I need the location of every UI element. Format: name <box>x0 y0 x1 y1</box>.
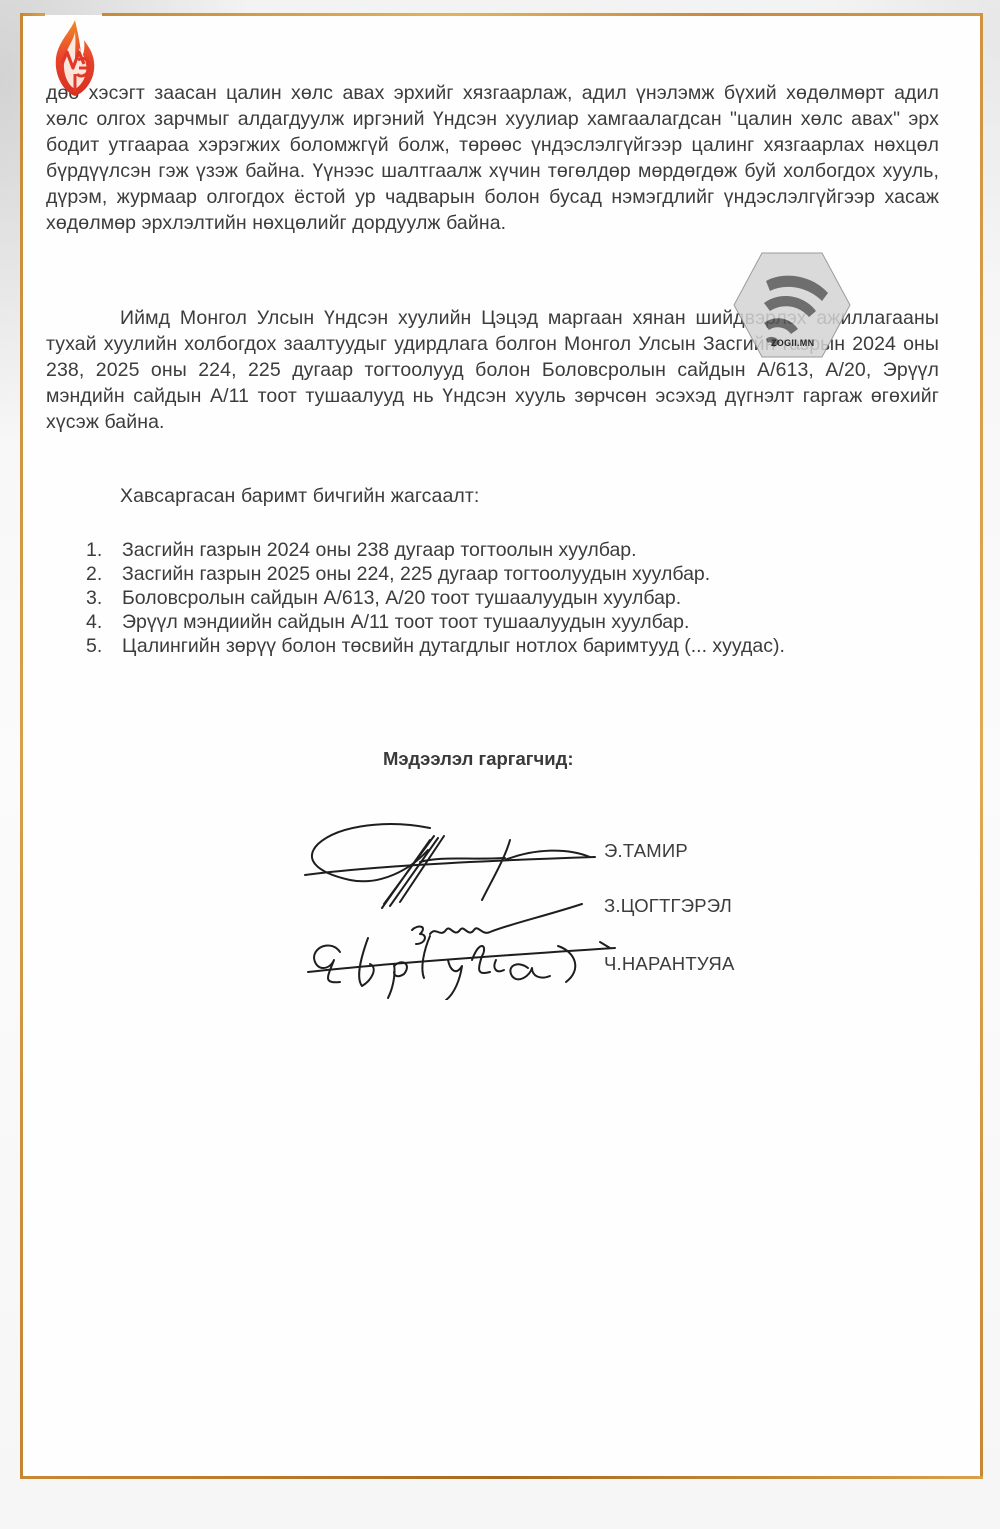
attachment-text: Эрүүл мэндиийн сайдын А/11 тоот тоот туш… <box>122 610 689 634</box>
attachment-text: Цалингийн зөрүү болон төсвийн дутагдлыг … <box>122 634 785 658</box>
gold-frame-bottom <box>20 1476 983 1479</box>
body-paragraph-1: дөө хэсэгт заасан цалин хөлс авах эрхийг… <box>46 80 939 236</box>
signer-name-3: Ч.НАРАНТУЯА <box>604 953 735 975</box>
flame-logo-icon <box>48 18 102 98</box>
attachment-text: Засгийн газрын 2024 оны 238 дугаар тогто… <box>122 538 637 562</box>
attachment-number: 2. <box>86 562 122 586</box>
gold-frame-right <box>980 13 983 1479</box>
signers-title: Мэдээлэл гаргагчид: <box>383 748 574 770</box>
attachment-item: 5. Цалингийн зөрүү болон төсвийн дутагдл… <box>86 634 785 658</box>
attachment-item: 1. Засгийн газрын 2024 оны 238 дугаар то… <box>86 538 785 562</box>
attachment-number: 3. <box>86 586 122 610</box>
signer-name-1: Э.ТАМИР <box>604 840 688 862</box>
attachment-text: Засгийн газрын 2025 оны 224, 225 дугаар … <box>122 562 710 586</box>
gold-frame-top-left <box>20 13 45 16</box>
attachment-item: 2. Засгийн газрын 2025 оны 224, 225 дуга… <box>86 562 785 586</box>
attachment-item: 4. Эрүүл мэндиийн сайдын А/11 тоот тоот … <box>86 610 785 634</box>
watermark-label: ZOGII.MN <box>771 338 814 348</box>
attachment-item: 3. Боловсролын сайдын А/613, А/20 тоот т… <box>86 586 785 610</box>
attachment-number: 4. <box>86 610 122 634</box>
gold-frame-top <box>102 13 983 16</box>
attachments-list: 1. Засгийн газрын 2024 оны 238 дугаар то… <box>86 538 785 658</box>
signer-name-2: З.ЦОГТГЭРЭЛ <box>604 895 732 917</box>
attachment-number: 1. <box>86 538 122 562</box>
attachment-number: 5. <box>86 634 122 658</box>
handwritten-signatures <box>300 800 620 1000</box>
gold-frame-left <box>20 13 23 1479</box>
attachments-heading: Хавсаргасан баримт бичгийн жагсаалт: <box>120 483 479 509</box>
attachment-text: Боловсролын сайдын А/613, А/20 тоот туша… <box>122 586 681 610</box>
